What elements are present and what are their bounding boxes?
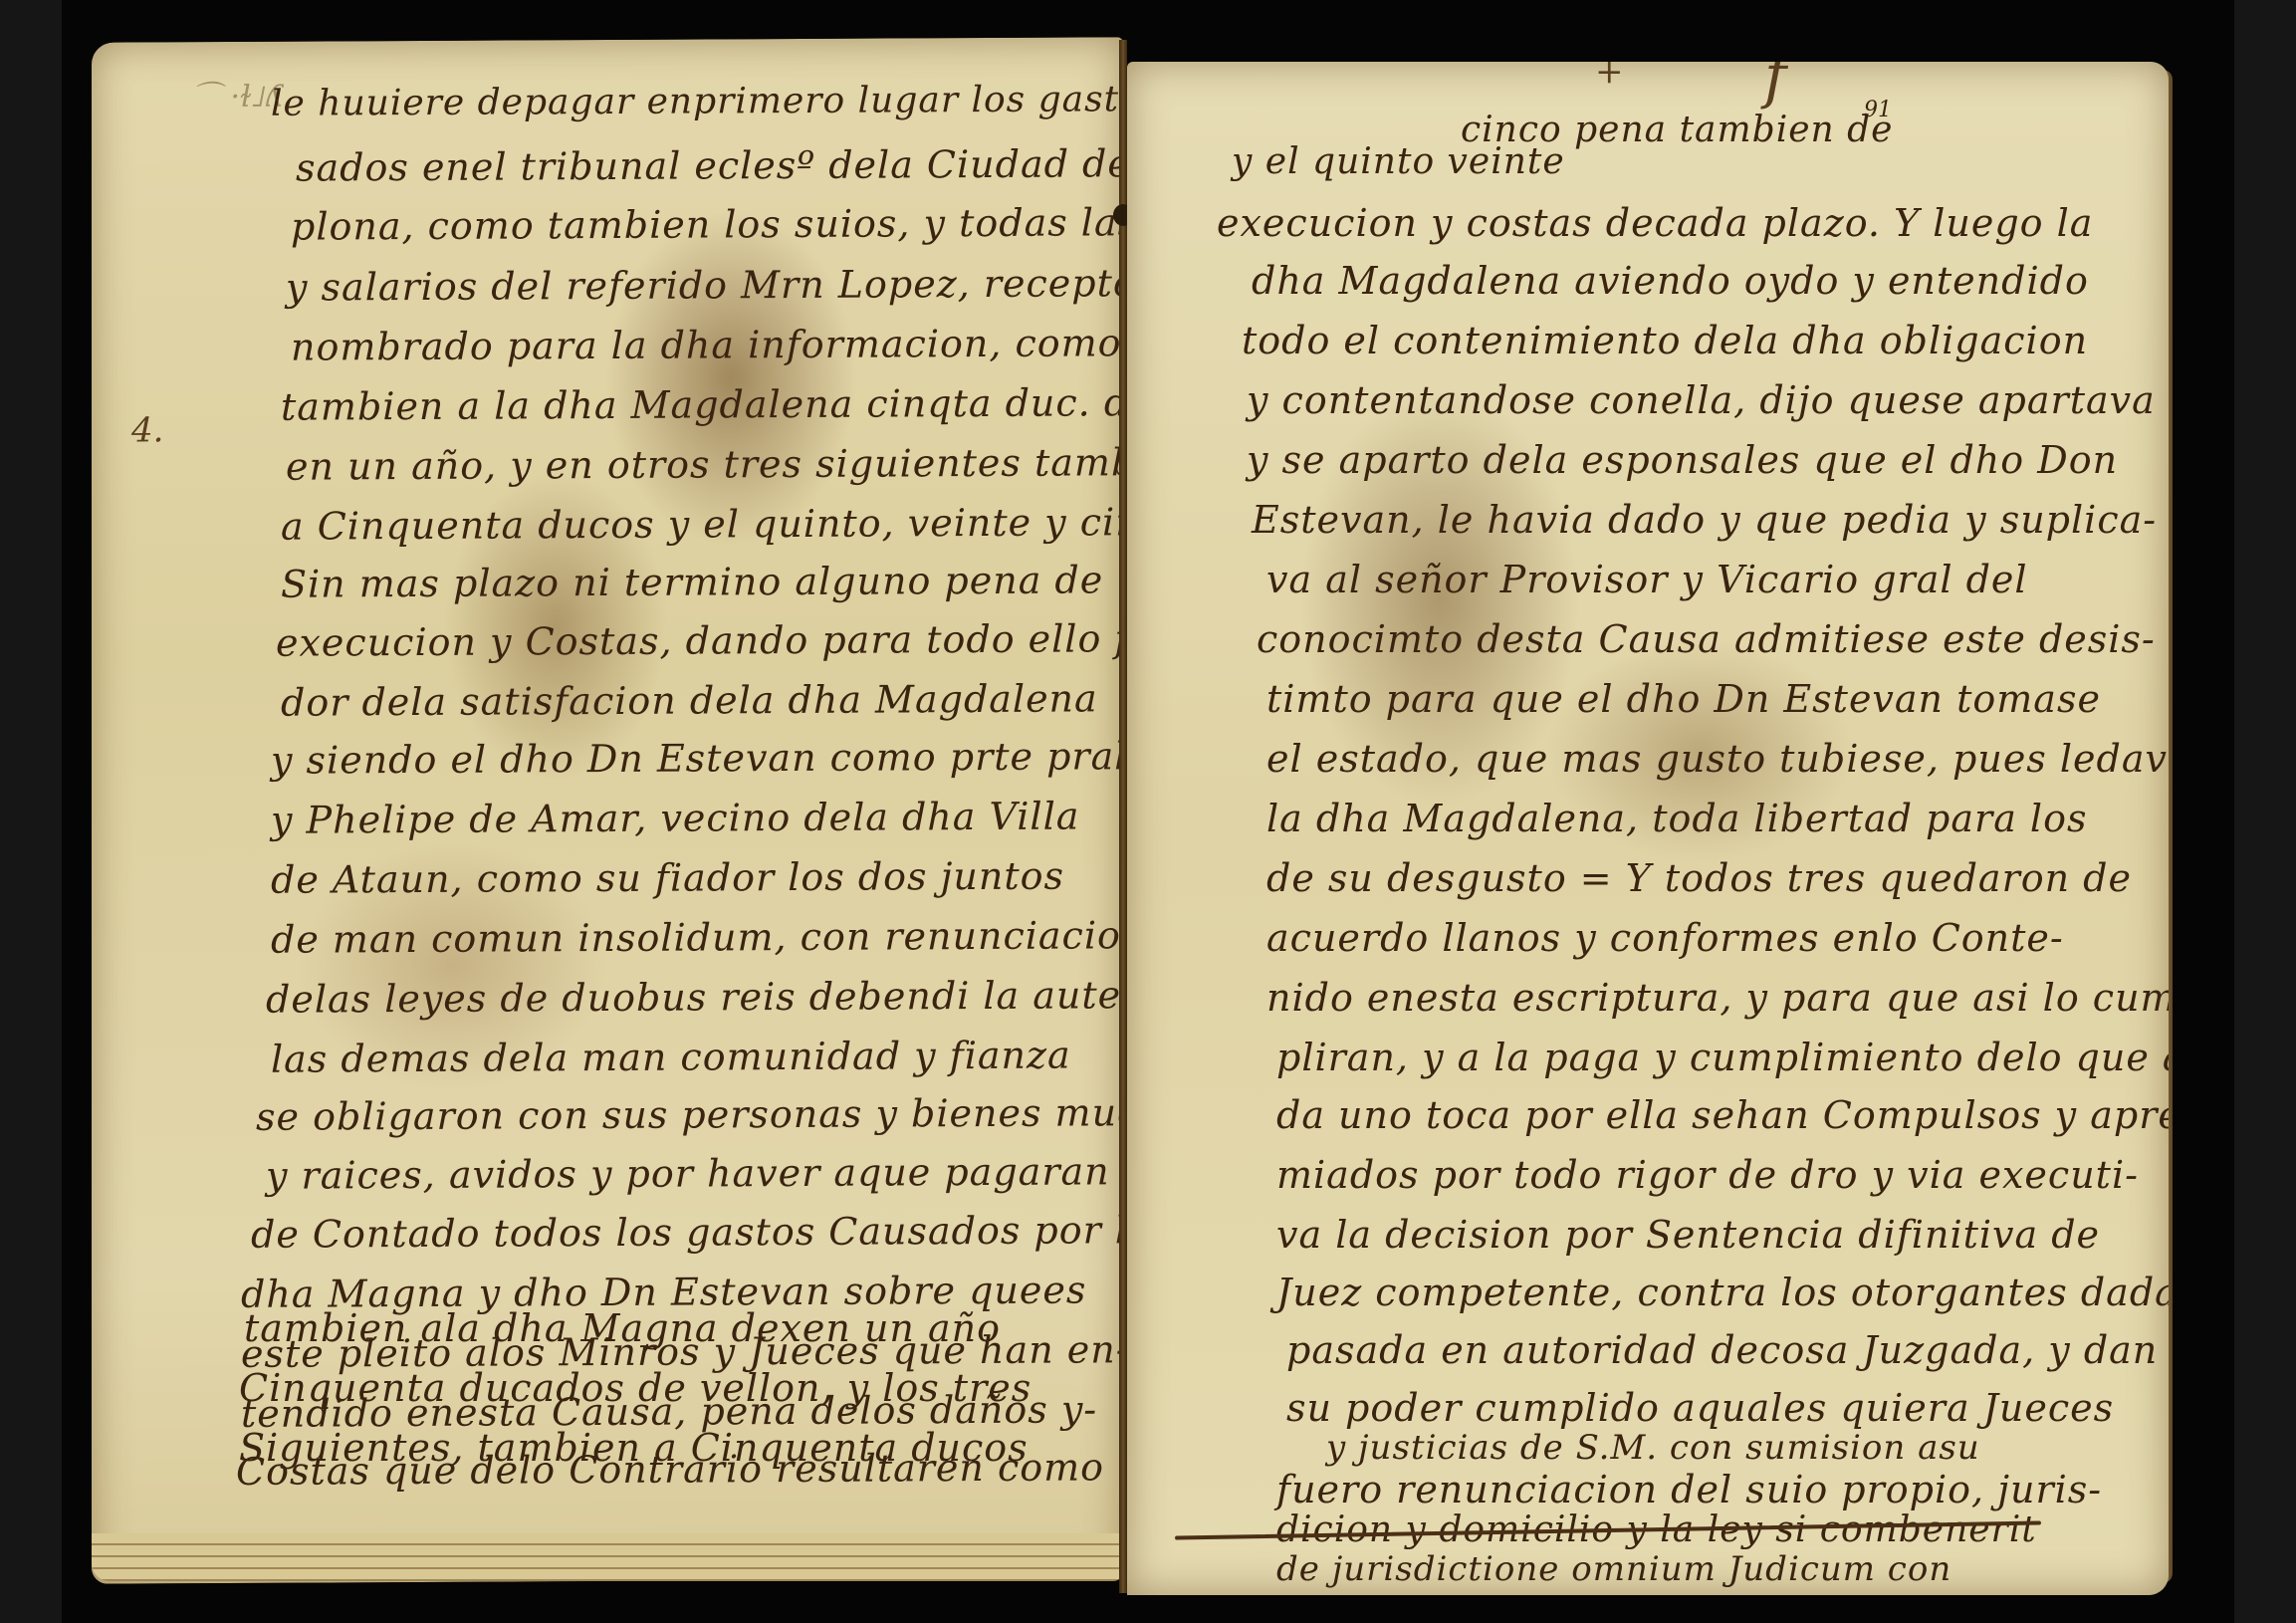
right-page-line: pasada en autoridad decosa Juzgada, y da…: [1286, 1328, 2158, 1372]
scan-frame-right: [2234, 0, 2296, 1623]
right-page-line: el estado, que mas gusto tubiese, pues l…: [1266, 737, 2169, 781]
right-page-line: execucion y costas decada plazo. Y luego…: [1217, 201, 2093, 245]
left-page-line: tambien a la dha Magdalena cinqta duc. d…: [281, 380, 1123, 429]
left-page-line: de man comun insolidum, con renunciacion: [271, 913, 1123, 962]
right-page-line: y se aparto dela esponsales que el dho D…: [1247, 438, 2118, 482]
left-page-line: tambien ala dha Magna dexen un año: [244, 1306, 1001, 1350]
right-page-line: acuerdo llanos y conformes enlo Conte-: [1266, 916, 2064, 960]
right-page-line: y el quinto veinte: [1232, 141, 1565, 182]
left-page-line: Siguientes, tambien a Cinquenta ducos: [239, 1426, 1029, 1470]
right-page-line: y contentandose conella, dijo quese apar…: [1247, 378, 2156, 422]
right-page-line: pliran, y a la paga y cumplimiento delo …: [1276, 1036, 2169, 1079]
left-page-line: dor dela satisfacion dela dha Magdalena: [281, 676, 1098, 724]
right-page-line: nido enesta escriptura, y para que asi l…: [1266, 976, 2169, 1020]
scan-frame-left: [0, 0, 62, 1623]
left-page-line: plona, como tambien los suios, y todas l…: [291, 199, 1123, 248]
right-page-line: timto para que el dho Dn Estevan tomase: [1266, 677, 2101, 721]
left-page-top-annotation: ⌒ ·ɫ˩ʎ: [191, 72, 283, 116]
left-page-line: las demas dela man comunidad y fianza: [271, 1034, 1071, 1081]
right-page: + f 91 cinco pena tambien de y el quinto…: [1127, 62, 2169, 1595]
right-page-line: la dha Magdalena, toda libertad para los: [1266, 797, 2087, 840]
left-page-bottom-edges: [92, 1533, 1123, 1581]
right-page-top-mark-flourish: f: [1764, 62, 1786, 112]
right-page-line: fuero renunciacion del suio propio, juri…: [1276, 1468, 2102, 1511]
right-page-line: de su desgusto = Y todos tres quedaron d…: [1266, 856, 2132, 900]
left-page-line: Cinquenta ducados de vellon, y los tres: [239, 1366, 1032, 1410]
right-page-line: da uno toca por ella sehan Compulsos y a…: [1276, 1093, 2169, 1137]
left-page-line: y salarios del referido Mrn Lopez, recep…: [286, 261, 1123, 310]
left-page-line: de Contado todos los gastos Causados por…: [251, 1208, 1123, 1257]
right-page-line: conocimto desta Causa admitiese este des…: [1257, 617, 2156, 661]
left-page-line: a Cinquenta ducos y el quinto, veinte y …: [281, 500, 1123, 549]
left-page-line: y siendo el dho Dn Estevan como prte pra…: [271, 734, 1123, 783]
left-page: ⌒ ·ɫ˩ʎ 4. le huuiere depagar enprimero l…: [92, 37, 1123, 1583]
right-page-line: y justicias de S.M. con sumision asu: [1326, 1428, 1980, 1468]
right-page-line: todo el contenimiento dela dha obligacio…: [1242, 319, 2088, 362]
right-page-line: miados por todo rigor de dro y via execu…: [1276, 1153, 2139, 1197]
right-page-line: Juez competente, contra los otorgantes d…: [1276, 1271, 2169, 1314]
left-page-line: y raices, avidos y por haver aque pagara…: [266, 1149, 1110, 1197]
left-page-line: Sin mas plazo ni termino alguno pena de: [281, 558, 1103, 605]
left-page-line: y Phelipe de Amar, vecino dela dha Villa: [271, 795, 1079, 842]
right-page-line: su poder cumplido aquales quiera Jueces: [1286, 1386, 2114, 1430]
book-spine: [1119, 40, 1127, 1593]
right-page-line: va al señor Provisor y Vicario gral del: [1266, 558, 2028, 601]
right-page-line: de jurisdictione omnium Judicum con: [1276, 1549, 1952, 1589]
right-page-top-mark-cross: +: [1595, 62, 1624, 92]
right-page-line: Estevan, le havia dado y que pedia y sup…: [1252, 498, 2157, 542]
left-page-line: le huuiere depagar enprimero lugar los g…: [271, 79, 1123, 124]
left-page-line: se obligaron con sus personas y bienes m…: [256, 1090, 1123, 1139]
left-page-line: sados enel tribunal eclesº dela Ciudad d…: [296, 141, 1123, 190]
right-page-line: va la decision por Sentencia difinitiva …: [1276, 1213, 2100, 1257]
left-page-margin-mark: 4.: [131, 410, 163, 450]
right-page-line: dha Magdalena aviendo oydo y entendido: [1252, 259, 2089, 303]
left-page-line: delas leyes de duobus reis debendi la au…: [266, 973, 1123, 1022]
left-page-line: de Ataun, como su fiador los dos juntos: [271, 854, 1064, 902]
left-page-line: execucion y Costas, dando para todo ello…: [276, 616, 1123, 665]
left-page-line: en un año, y en otros tres siguientes ta…: [286, 440, 1123, 489]
left-page-line: nombrado para la dha informacion, como-: [291, 321, 1123, 368]
